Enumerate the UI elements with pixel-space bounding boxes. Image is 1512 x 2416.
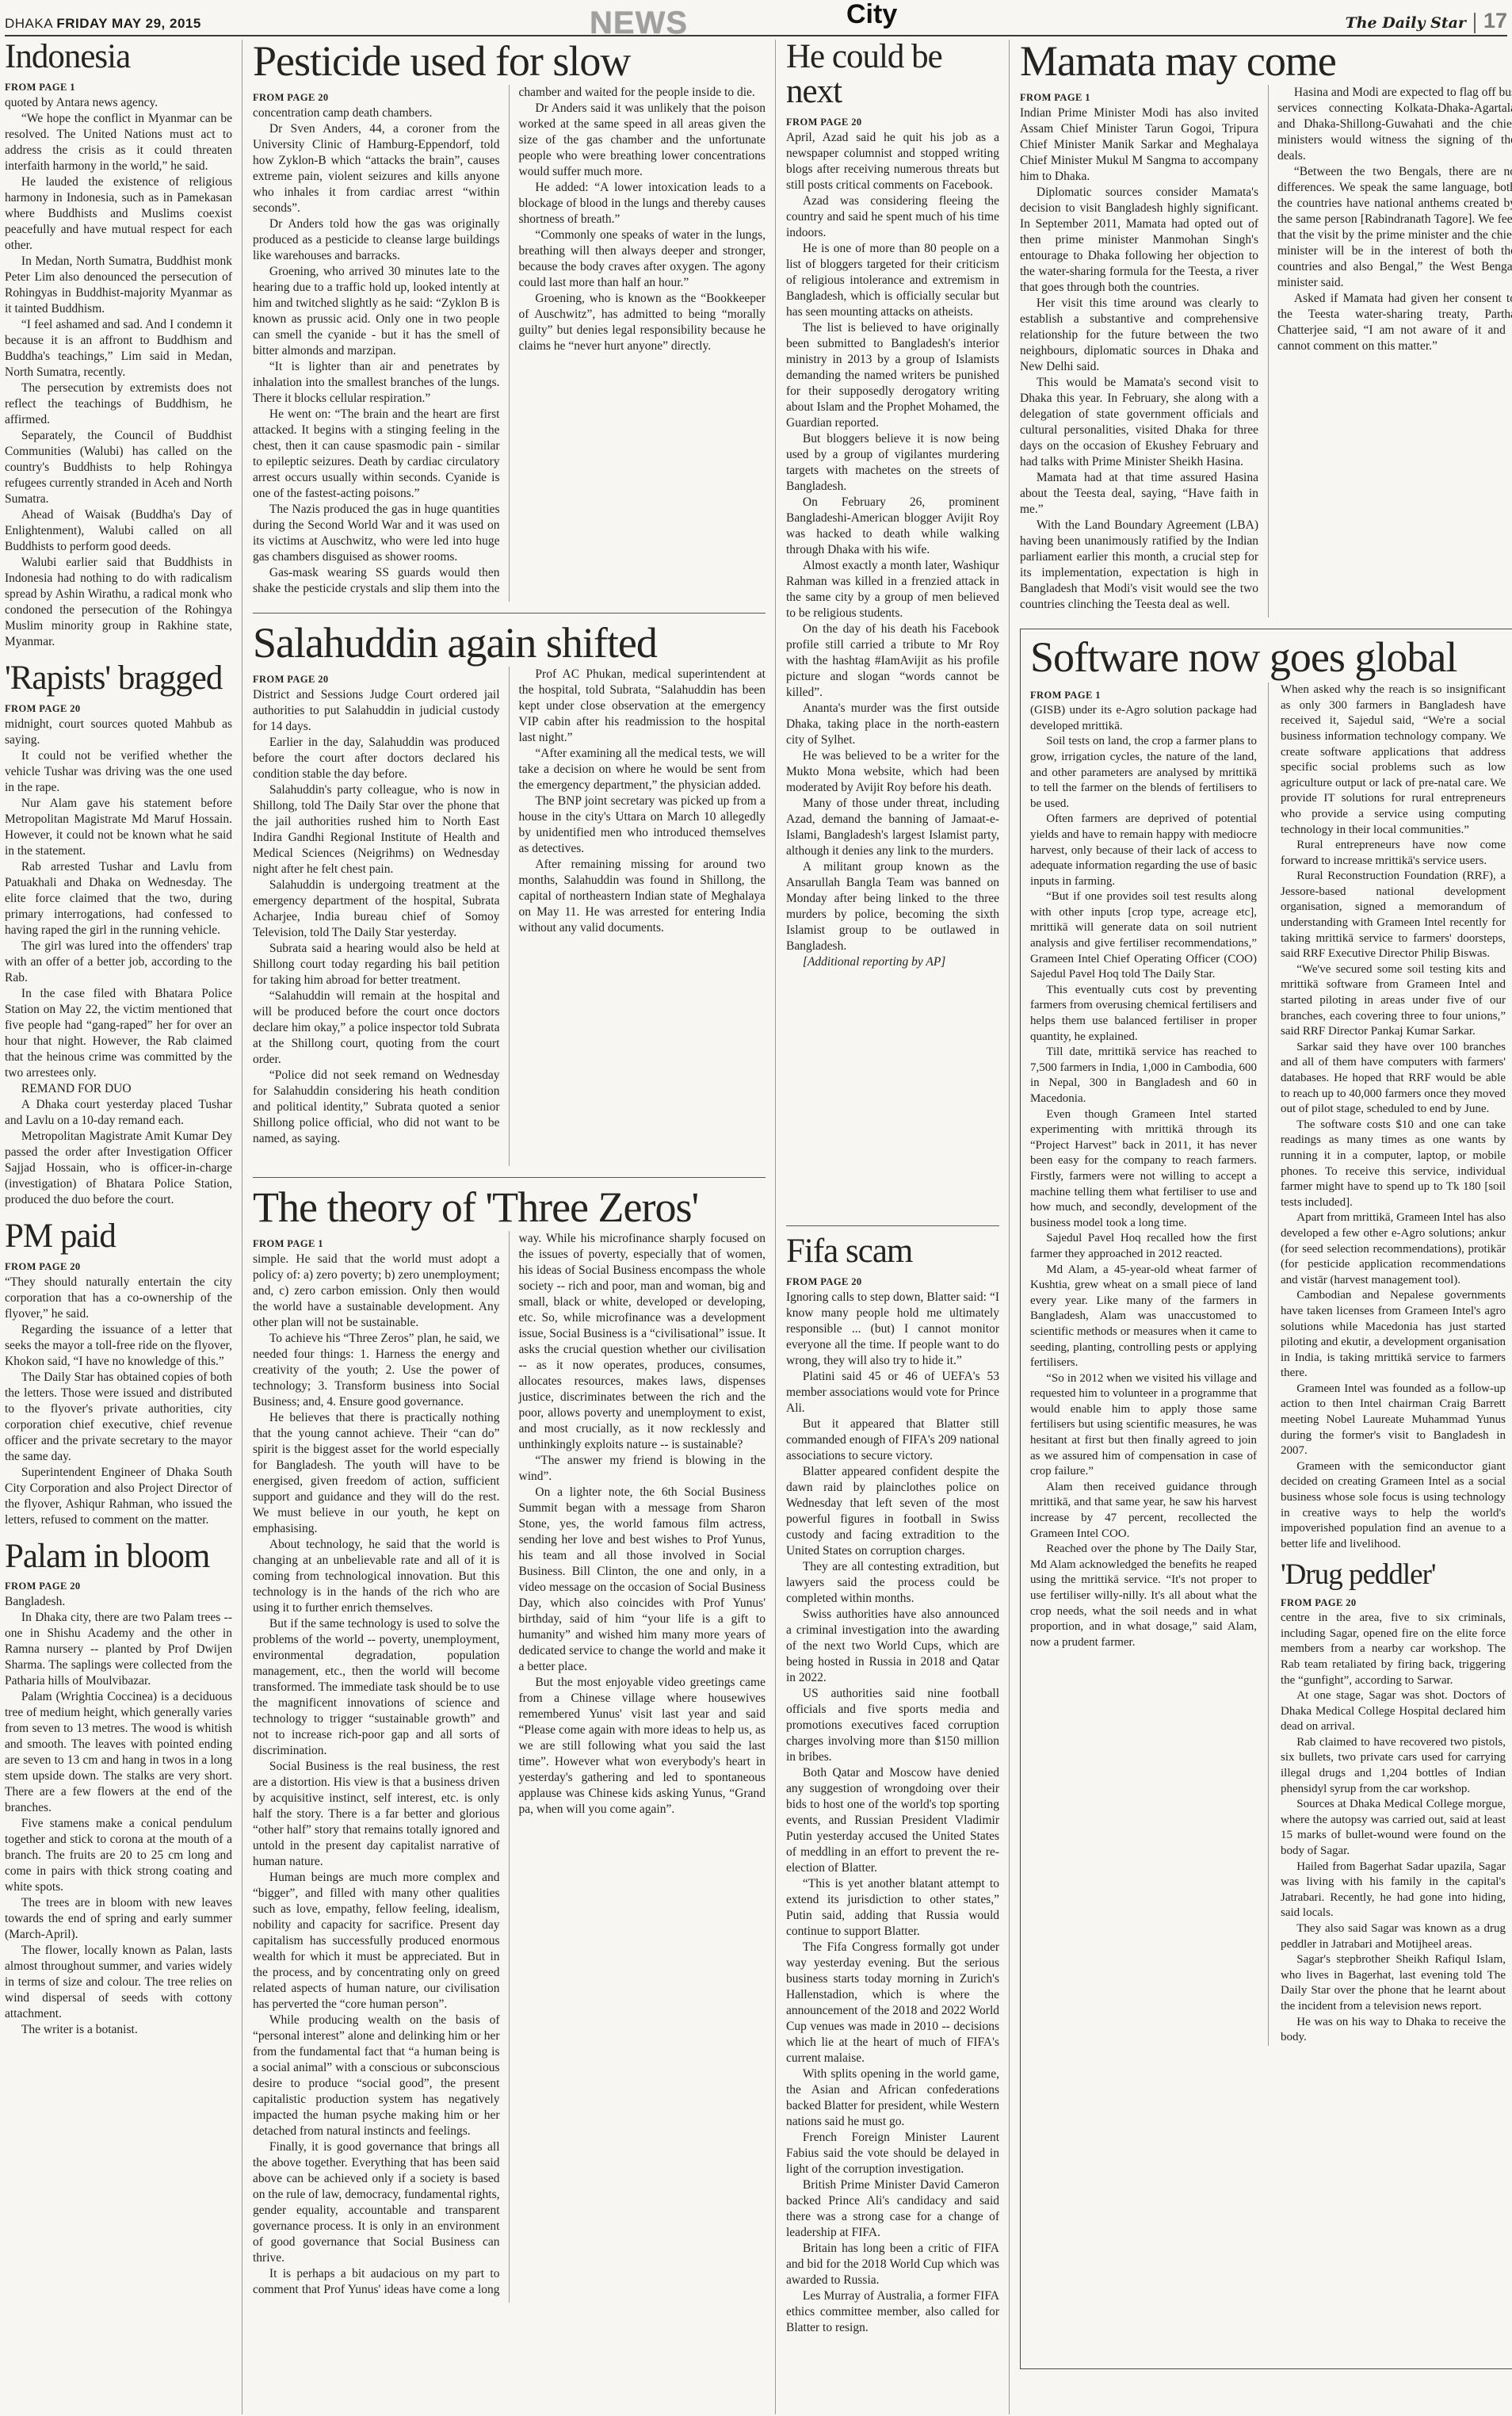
page-number: 17 <box>1483 9 1507 33</box>
paragraph: Md Alam, a 45-year-old wheat farmer of K… <box>1030 1263 1257 1371</box>
paragraph: “It is lighter than air and penetrates b… <box>253 359 500 407</box>
article-body: District and Sessions Judge Court ordere… <box>253 667 766 1166</box>
paragraph: The Nazis produced the gas in huge quant… <box>253 502 500 565</box>
paragraph: The persecution by extremists does not r… <box>5 380 232 428</box>
column-a: Indonesia FROM PAGE 1 quoted by Antara n… <box>5 40 242 2414</box>
paragraph: Sajedul Pavel Hoq recalled how the first… <box>1030 1231 1257 1262</box>
section-divider <box>253 613 766 614</box>
paragraph: Dr Sven Anders, 44, a coroner from the U… <box>253 121 500 216</box>
paper-logo: The Daily Star <box>1346 14 1466 32</box>
paragraph: A Dhaka court yesterday placed Tushar an… <box>5 1097 232 1129</box>
divider-bar <box>1474 13 1476 33</box>
article-body: quoted by Antara news agency.“We hope th… <box>5 95 232 650</box>
article-software-box: Software now goes global FROM PAGE 1 (GI… <box>1020 629 1512 2369</box>
paragraph: Grameen Intel was founded as a follow-up… <box>1281 1382 1506 1459</box>
headline-fifa-scam: Fifa scam <box>786 1234 999 1269</box>
dateline: DHAKA FRIDAY MAY 29, 2015 <box>5 16 201 32</box>
headline-three-zeros: The theory of 'Three Zeros' <box>253 1186 766 1229</box>
paragraph: Mamata had at that time assured Hasina a… <box>1020 470 1258 518</box>
masthead: DHAKA FRIDAY MAY 29, 2015 NEWS City The … <box>5 0 1507 36</box>
paragraph: Britain has long been a critic of FIFA a… <box>786 2241 999 2288</box>
paragraph: Sagar's stepbrother Sheikh Rafiqul Islam… <box>1281 1952 1506 2014</box>
paragraph: He added: “A lower intoxication leads to… <box>519 180 766 227</box>
paragraph: Grameen with the semiconductor giant dec… <box>1281 1459 1506 1553</box>
paragraph: Groening, who is known as the “Bookkeepe… <box>519 291 766 354</box>
paragraph: Prof AC Phukan, medical superintendent a… <box>519 667 766 746</box>
frompage-label: FROM PAGE 1 <box>253 1238 500 1250</box>
article-body: “They should naturally entertain the cit… <box>5 1275 232 1528</box>
article-pesticide: Pesticide used for slow FROM PAGE 20 con… <box>253 40 766 602</box>
paragraph: Sources at Dhaka Medical College morgue,… <box>1281 1797 1506 1859</box>
paragraph: quoted by Antara news agency. <box>5 95 232 111</box>
frompage-label: FROM PAGE 20 <box>786 117 999 128</box>
article-columns: FROM PAGE 1 Indian Prime Minister Modi h… <box>1020 85 1512 617</box>
paragraph: Azad was considering fleeing the country… <box>786 193 999 241</box>
paragraph: French Foreign Minister Laurent Fabius s… <box>786 2130 999 2177</box>
column-c: He could be next FROM PAGE 20 April, Aza… <box>786 40 1010 2414</box>
paragraph: Reached over the phone by The Daily Star… <box>1030 1542 1257 1650</box>
paragraph: Ananta's murder was the first outside Dh… <box>786 701 999 748</box>
paragraph: Superintendent Engineer of Dhaka South C… <box>5 1465 232 1528</box>
paragraph: [Additional reporting by AP] <box>786 954 999 970</box>
paragraph: “Between the two Bengals, there are no d… <box>1277 164 1512 291</box>
section-city-label: City <box>846 0 897 30</box>
paragraph: “After examining all the medical tests, … <box>519 746 766 793</box>
paragraph: Rab claimed to have recovered two pistol… <box>1281 1735 1506 1797</box>
paragraph: Ahead of Waisak (Buddha's Day of Enlight… <box>5 507 232 555</box>
paragraph: He was on his way to Dhaka to receive th… <box>1281 2015 1506 2046</box>
software-right-column: When asked why the reach is so insignifi… <box>1268 682 1506 2046</box>
article-body: simple. He said that the world must adop… <box>253 1231 766 2303</box>
paragraph: The flower, locally known as Palan, last… <box>5 1943 232 2022</box>
paragraph: The list is believed to have originally … <box>786 320 999 431</box>
article-pm-paid: PM paid FROM PAGE 20 “They should natura… <box>5 1219 232 1528</box>
paragraph: Swiss authorities have also announced a … <box>786 1607 999 1686</box>
frompage-label: FROM PAGE 20 <box>253 674 500 686</box>
paragraph: Rural entrepreneurs have now come forwar… <box>1281 838 1506 869</box>
paragraph: Even though Grameen Intel started experi… <box>1030 1107 1257 1232</box>
paragraph: Palam (Wrightia Coccinea) is a deciduous… <box>5 1689 232 1816</box>
frompage-label: FROM PAGE 1 <box>1020 92 1258 104</box>
paragraph: REMAND FOR DUO <box>5 1081 232 1097</box>
paragraph: They also said Sagar was known as a drug… <box>1281 1921 1506 1952</box>
paragraph: “So in 2012 when we visited his village … <box>1030 1371 1257 1480</box>
article-rapists-bragged: 'Rapists' bragged FROM PAGE 20 midnight,… <box>5 661 232 1208</box>
paragraph: He was believed to be a writer for the M… <box>786 748 999 796</box>
paragraph: When asked why the reach is so insignifi… <box>1281 682 1506 838</box>
paragraph: Soil tests on land, the crop a farmer pl… <box>1030 734 1257 812</box>
paragraph: midnight, court sources quoted Mahbub as… <box>5 717 232 748</box>
article-fifa-scam: Fifa scam FROM PAGE 20 Ignoring calls to… <box>786 1234 999 2382</box>
paragraph: “Police did not seek remand on Wednesday… <box>253 1068 500 1147</box>
paragraph: He is one of more than 80 people on a li… <box>786 241 999 320</box>
frompage-label: FROM PAGE 20 <box>5 1581 232 1592</box>
article-columns: FROM PAGE 1 simple. He said that the wor… <box>253 1231 766 2303</box>
paragraph: Social Business is the real business, th… <box>253 1759 500 1870</box>
article-drug-peddler: 'Drug peddler' FROM PAGE 20 centre in th… <box>1281 1560 1506 2045</box>
paragraph: They are all contesting extradition, but… <box>786 1559 999 1607</box>
paragraph: Walubi earlier said that Buddhists in In… <box>5 555 232 650</box>
paragraph: The Daily Star has obtained copies of bo… <box>5 1370 232 1465</box>
paragraph: He believes that there is practically no… <box>253 1410 500 1537</box>
paragraph: Ignoring calls to step down, Blatter sai… <box>786 1290 999 1369</box>
paragraph: simple. He said that the world must adop… <box>253 1252 500 1331</box>
paragraph: He went on: “The brain and the heart are… <box>253 407 500 502</box>
paragraph: It could not be verified whether the veh… <box>5 748 232 796</box>
paragraph: “We hope the conflict in Myanmar can be … <box>5 111 232 174</box>
paragraph: Blatter appeared confident despite the d… <box>786 1464 999 1559</box>
paragraph: Salahuddin is undergoing treatment at th… <box>253 877 500 941</box>
paragraph: Bangladesh. <box>5 1594 232 1610</box>
column-d: Mamata may come FROM PAGE 1 Indian Prime… <box>1020 40 1512 2414</box>
paragraph: Five stamens make a conical pendulum tog… <box>5 1816 232 1895</box>
headline-software: Software now goes global <box>1030 636 1506 679</box>
paragraph: Both Qatar and Moscow have denied any su… <box>786 1765 999 1876</box>
article-three-zeros: The theory of 'Three Zeros' FROM PAGE 1 … <box>253 1186 766 2303</box>
paragraph: At one stage, Sagar was shot. Doctors of… <box>1281 1688 1506 1735</box>
headline-mamata: Mamata may come <box>1020 40 1512 83</box>
headline-palam-in-bloom: Palam in bloom <box>5 1539 232 1574</box>
column-b: Pesticide used for slow FROM PAGE 20 con… <box>253 40 776 2414</box>
paragraph: In Medan, North Sumatra, Buddhist monk P… <box>5 254 232 317</box>
paragraph: “But if one provides soil test results a… <box>1030 889 1257 983</box>
article-body: Indian Prime Minister Modi has also invi… <box>1020 85 1512 617</box>
paper-name-block: The Daily Star 17 <box>1346 9 1507 33</box>
paragraph: Regarding the issuance of a letter that … <box>5 1322 232 1370</box>
section-divider <box>253 1177 766 1178</box>
paragraph: Les Murray of Australia, a former FIFA e… <box>786 2288 999 2336</box>
article-columns: FROM PAGE 20 District and Sessions Judge… <box>253 667 766 1166</box>
article-columns: FROM PAGE 1 (GISB) under its e-Agro solu… <box>1030 682 1506 2046</box>
software-left-column: FROM PAGE 1 (GISB) under its e-Agro solu… <box>1030 682 1268 2046</box>
paragraph: Hasina and Modi are expected to flag off… <box>1277 85 1512 164</box>
paragraph: But bloggers believe it is now being use… <box>786 431 999 495</box>
paragraph: Subrata said a hearing would also be hel… <box>253 941 500 988</box>
paragraph: Often farmers are deprived of potential … <box>1030 812 1257 889</box>
paragraph: Cambodian and Nepalese governments have … <box>1281 1288 1506 1382</box>
frompage-label: FROM PAGE 20 <box>786 1276 999 1288</box>
article-salahuddin: Salahuddin again shifted FROM PAGE 20 Di… <box>253 621 766 1166</box>
headline-indonesia: Indonesia <box>5 40 232 75</box>
paragraph: The trees are in bloom with new leaves t… <box>5 1895 232 1943</box>
article-mamata: Mamata may come FROM PAGE 1 Indian Prime… <box>1020 40 1512 617</box>
headline-rapists-bragged: 'Rapists' bragged <box>5 661 232 696</box>
paragraph: In the case filed with Bhatara Police St… <box>5 986 232 1081</box>
paragraph: But if the same technology is used to so… <box>253 1616 500 1759</box>
paragraph: Groening, who arrived 30 minutes late to… <box>253 264 500 359</box>
paragraph: District and Sessions Judge Court ordere… <box>253 687 500 735</box>
paragraph: The girl was lured into the offenders' t… <box>5 938 232 986</box>
article-palam-in-bloom: Palam in bloom FROM PAGE 20 Bangladesh.I… <box>5 1539 232 2039</box>
frompage-label: FROM PAGE 1 <box>5 82 232 94</box>
paragraph: Her visit this time around was clearly t… <box>1020 296 1258 375</box>
paragraph: With splits opening in the world game, t… <box>786 2066 999 2130</box>
paragraph: Indian Prime Minister Modi has also invi… <box>1020 105 1258 185</box>
paragraph: Earlier in the day, Salahuddin was produ… <box>253 735 500 782</box>
frompage-label: FROM PAGE 20 <box>5 703 232 715</box>
paragraph: Almost exactly a month later, Washiqur R… <box>786 558 999 621</box>
paragraph: Many of those under threat, including Az… <box>786 796 999 859</box>
paragraph: “Commonly one speaks of water in the lun… <box>519 227 766 291</box>
paragraph: “The answer my friend is blowing in the … <box>519 1453 766 1485</box>
paragraph: Rab arrested Tushar and Lavlu from Patua… <box>5 859 232 938</box>
paragraph: Asked if Mamata had given her consent to… <box>1277 291 1512 354</box>
paragraph: On the day of his death his Facebook pro… <box>786 621 999 701</box>
paragraph: “They should naturally entertain the cit… <box>5 1275 232 1322</box>
paragraph: Sarkar said they have over 100 branches … <box>1281 1040 1506 1118</box>
paragraph: “Salahuddin will remain at the hospital … <box>253 988 500 1068</box>
article-body: Bangladesh.In Dhaka city, there are two … <box>5 1594 232 2038</box>
paragraph: Hailed from Bagerhat Sadar upazila, Saga… <box>1281 1860 1506 1921</box>
frompage-label: FROM PAGE 20 <box>5 1261 232 1273</box>
article-body: centre in the area, five to six criminal… <box>1281 1611 1506 2046</box>
frompage-label: FROM PAGE 20 <box>253 92 500 104</box>
paragraph: Separately, the Council of Buddhist Comm… <box>5 428 232 507</box>
paragraph: The software costs $10 and one can take … <box>1281 1118 1506 1211</box>
paragraph: To achieve his “Three Zeros” plan, he sa… <box>253 1331 500 1410</box>
paragraph: Dr Anders said it was unlikely that the … <box>519 101 766 180</box>
paragraph: Finally, it is good governance that brin… <box>253 2139 500 2266</box>
paragraph: Human beings are much more complex and “… <box>253 1870 500 2013</box>
article-body: (GISB) under its e-Agro solution package… <box>1030 703 1257 1650</box>
section-news-label: NEWS <box>590 6 688 41</box>
paragraph: Rural Reconstruction Foundation (RRF), a… <box>1281 869 1506 962</box>
paragraph: “I feel ashamed and sad. And I condemn i… <box>5 317 232 380</box>
newspaper-page: DHAKA FRIDAY MAY 29, 2015 NEWS City The … <box>0 0 1512 2416</box>
paragraph: concentration camp death chambers. <box>253 105 500 121</box>
paragraph: Apart from mrittikā, Grameen Intel has a… <box>1281 1210 1506 1288</box>
paragraph: He lauded the existence of religious har… <box>5 174 232 254</box>
article-columns: FROM PAGE 20 concentration camp death ch… <box>253 85 766 602</box>
paragraph: “This is yet another blatant attempt to … <box>786 1876 999 1940</box>
paragraph: April, Azad said he quit his job as a ne… <box>786 130 999 193</box>
paragraph: With the Land Boundary Agreement (LBA) h… <box>1020 518 1258 613</box>
article-indonesia: Indonesia FROM PAGE 1 quoted by Antara n… <box>5 40 232 650</box>
paragraph: Nur Alam gave his statement before Metro… <box>5 796 232 859</box>
paragraph: This would be Mamata's second visit to D… <box>1020 375 1258 470</box>
paragraph: The BNP joint secretary was picked up fr… <box>519 793 766 857</box>
paragraph: About technology, he said that the world… <box>253 1537 500 1616</box>
article-body: concentration camp death chambers.Dr Sve… <box>253 85 766 602</box>
headline-salahuddin: Salahuddin again shifted <box>253 621 766 665</box>
article-body: midnight, court sources quoted Mahbub as… <box>5 717 232 1208</box>
headline-drug-peddler: 'Drug peddler' <box>1281 1560 1506 1590</box>
dateline-city: DHAKA <box>5 16 52 31</box>
paragraph: The writer is a botanist. <box>5 2022 232 2038</box>
paragraph: Diplomatic sources consider Mamata's dec… <box>1020 185 1258 296</box>
headline-pesticide: Pesticide used for slow <box>253 40 766 83</box>
paragraph: centre in the area, five to six criminal… <box>1281 1611 1506 1688</box>
paragraph: A militant group known as the Ansarullah… <box>786 859 999 954</box>
paragraph: Platini said 45 or 46 of UEFA's 53 membe… <box>786 1369 999 1416</box>
paragraph: Alam then received guidance through mrit… <box>1030 1480 1257 1542</box>
paragraph: After remaining missing for around two m… <box>519 857 766 936</box>
paragraph: “We've secured some soil testing kits an… <box>1281 962 1506 1040</box>
frompage-label: FROM PAGE 1 <box>1030 690 1257 701</box>
article-body: When asked why the reach is so insignifi… <box>1281 682 1506 1552</box>
paragraph: Metropolitan Magistrate Amit Kumar Dey p… <box>5 1129 232 1208</box>
headline-he-could-be-next: He could be next <box>786 40 999 109</box>
paragraph: Dr Anders told how the gas was originall… <box>253 216 500 264</box>
paragraph: But the most enjoyable video greetings c… <box>519 1675 766 1818</box>
paragraph: British Prime Minister David Cameron bac… <box>786 2177 999 2241</box>
paragraph: Salahuddin's party colleague, who is now… <box>253 782 500 877</box>
paragraph: The Fifa Congress formally got under way… <box>786 1940 999 2066</box>
page-content: Indonesia FROM PAGE 1 quoted by Antara n… <box>0 36 1512 2414</box>
frompage-label: FROM PAGE 20 <box>1281 1597 1506 1609</box>
paragraph: US authorities said nine football offici… <box>786 1686 999 1765</box>
paragraph: But it appeared that Blatter still comma… <box>786 1416 999 1464</box>
paragraph: While producing wealth on the basis of “… <box>253 2013 500 2139</box>
article-body: April, Azad said he quit his job as a ne… <box>786 130 999 1214</box>
paragraph: (GISB) under its e-Agro solution package… <box>1030 703 1257 734</box>
paragraph: Till date, mrittikā service has reached … <box>1030 1045 1257 1107</box>
dateline-date: FRIDAY MAY 29, 2015 <box>56 16 200 31</box>
section-divider <box>786 1225 999 1226</box>
article-body: Ignoring calls to step down, Blatter sai… <box>786 1290 999 2382</box>
paragraph: On February 26, prominent Bangladeshi-Am… <box>786 495 999 558</box>
headline-pm-paid: PM paid <box>5 1219 232 1254</box>
paragraph: This eventually cuts cost by preventing … <box>1030 983 1257 1045</box>
article-he-could-be-next: He could be next FROM PAGE 20 April, Aza… <box>786 40 999 1214</box>
paragraph: On a lighter note, the 6th Social Busine… <box>519 1485 766 1675</box>
paragraph: In Dhaka city, there are two Palam trees… <box>5 1610 232 1689</box>
